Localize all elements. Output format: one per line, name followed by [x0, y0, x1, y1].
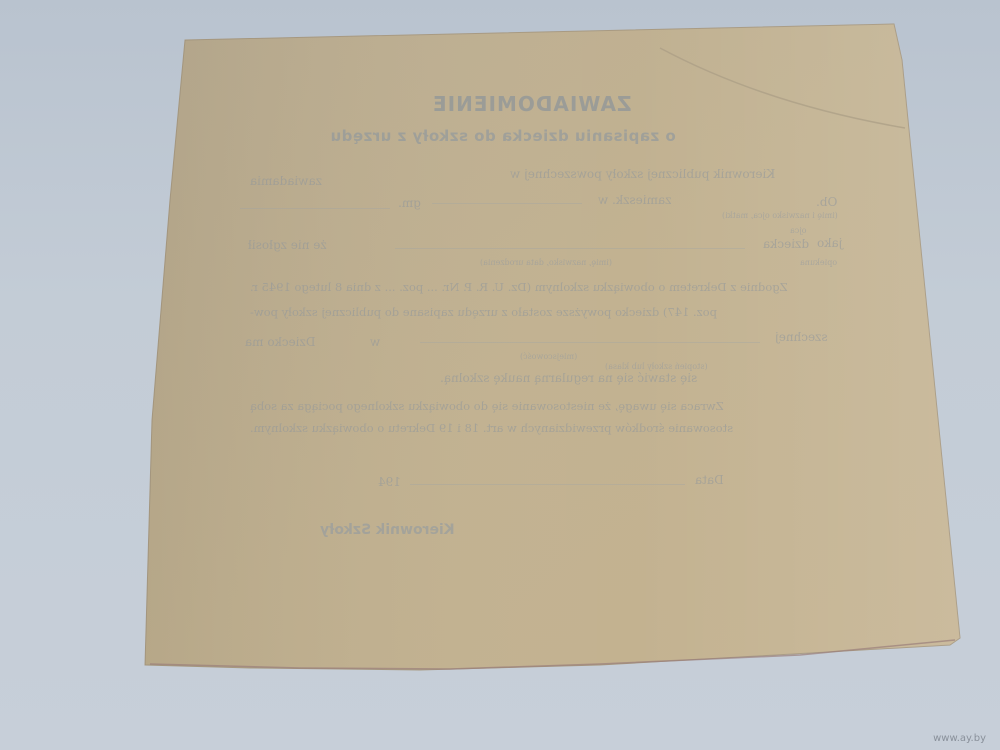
label-opiekuna: opiekuna: [800, 258, 837, 267]
line-stawic: się stawić się na regularną naukę szkoln…: [440, 371, 697, 385]
label-jako: jako: [817, 236, 842, 250]
line-nie-zglosil: że nie zgłosił: [248, 238, 327, 252]
line-w: w: [370, 335, 380, 349]
line-ob: Ob.: [816, 195, 837, 209]
document-title: ZAWIADOMIENIE: [432, 92, 632, 116]
line-zawiadamia: zawiadamia: [250, 174, 322, 188]
paragraph-2-line-1: Zwraca się uwagę, że niestosowanie się d…: [250, 399, 724, 413]
signature-label: Kierownik Szkoły: [320, 522, 455, 538]
paragraph-1-line-1: Zgodnie z Dekretem o obowiązku szkolnym …: [250, 280, 788, 294]
watermark: www.ay.by: [933, 733, 986, 744]
label-dziecka: dziecka: [763, 237, 809, 251]
document-subtitle: o zapisaniu dziecka do szkoły z urzędu: [330, 127, 676, 145]
paragraph-1-line-3: szechnej: [775, 330, 828, 344]
year-suffix: 194: [378, 475, 401, 489]
caption-child: (imię, nazwisko, data urodzenia): [480, 258, 612, 267]
line-kierownik: Kierownik publicznej szkoły powszechnej …: [510, 167, 775, 181]
line-zamieszk: zamieszk. w: [598, 193, 671, 207]
caption-parent: (imię i nazwisko ojca, matki): [722, 211, 838, 220]
paragraph-2-line-2: stosowanie środków przewidzianych w art.…: [250, 421, 733, 435]
date-label: Data: [695, 473, 724, 487]
caption-miejscowosc: (miejscowość): [520, 352, 577, 361]
label-ojca: ojca: [790, 226, 807, 235]
line-stopien: Dziecko ma: [245, 335, 315, 349]
paragraph-1-line-2: poz. 147) dziecko powyższe zostało z urz…: [250, 305, 717, 319]
line-gm: gm.: [398, 196, 421, 210]
caption-stopien: (stopień szkoły lub klasa): [605, 362, 708, 371]
bleed-through-text: ZAWIADOMIENIE o zapisaniu dziecka do szk…: [0, 0, 1000, 750]
